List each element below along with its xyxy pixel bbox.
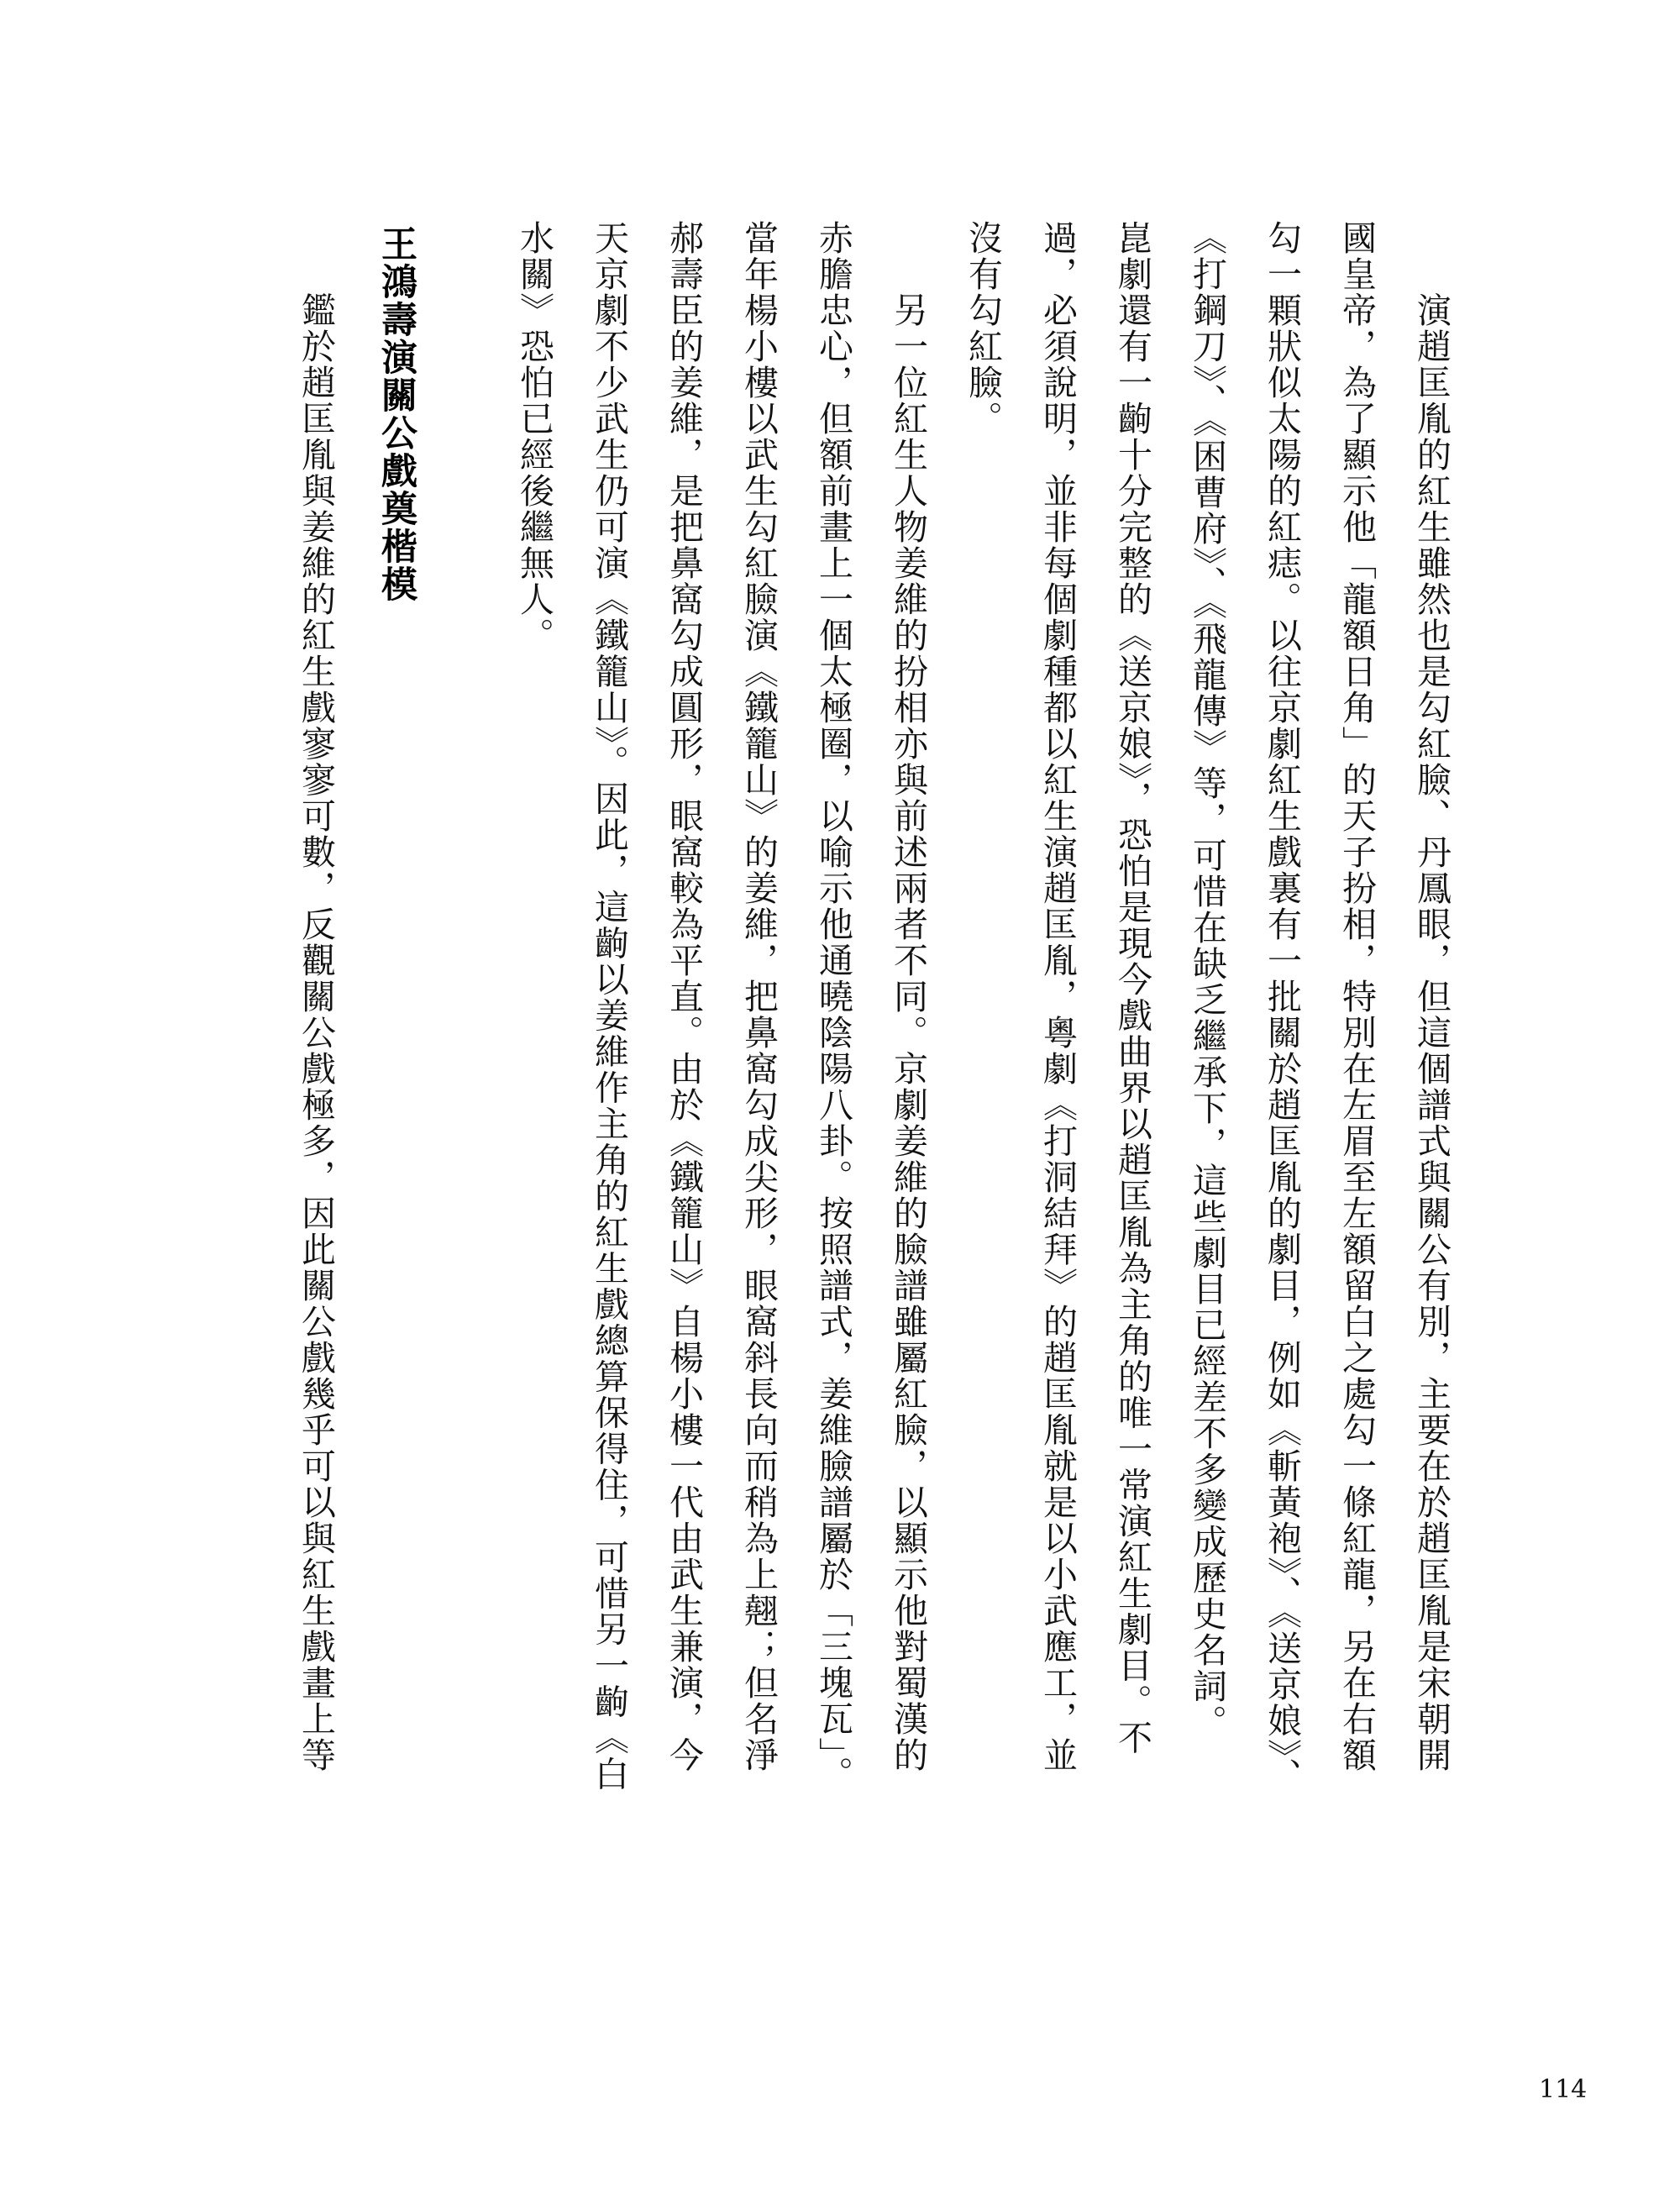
text-column-8: 另一位紅生人物姜維的扮相亦與前述兩者不同。京劇姜維的臉譜雖屬紅臉，以顯示他對蜀漢…: [888, 220, 927, 1773]
text-column-6: 過，必須說明，並非每個劇種都以紅生演趙匡胤，粵劇《打洞結拜》的趙匡胤就是以小武應…: [1037, 220, 1076, 1773]
text-column-14: 鑑於趙匡胤與姜維的紅生戲寥寥可數，反觀關公戲極多，因此關公戲幾乎可以與紅生戲畫上…: [296, 220, 334, 1773]
page-number: 114: [1539, 2075, 1587, 2104]
text-column-1: 演趙匡胤的紅生雖然也是勾紅臉、丹鳳眼，但這個譜式與關公有別，主要在於趙匡胤是宋朝…: [1411, 220, 1450, 1773]
text-column-7: 沒有勾紅臉。: [963, 220, 1001, 437]
text-column-3: 勾一顆狀似太陽的紅痣。以往京劇紅生戲裏有一批關於趙匡胤的劇目，例如《斬黃袍》、《…: [1262, 220, 1300, 1794]
text-column-4: 《打鋼刀》、《困曹府》、《飛龍傳》等，可惜在缺乏繼承下，這些劇目已經差不多變成歷…: [1187, 220, 1226, 1740]
text-column-2: 國皇帝，為了顯示他「龍額日角」的天子扮相，特別在左眉至左額留白之處勾一條紅龍，另…: [1336, 220, 1375, 1773]
section-heading: 王鴻壽演關公戲奠楷模: [376, 225, 415, 603]
text-column-11: 郝壽臣的姜維，是把鼻窩勾成圓形，眼窩較為平直。由於《鐵籠山》自楊小樓一代由武生兼…: [664, 220, 702, 1773]
text-column-13: 水關》恐怕已經後繼無人。: [514, 220, 553, 654]
text-column-9: 赤膽忠心，但額前畫上一個太極圈，以喻示他通曉陰陽八卦。按照譜式，姜維臉譜屬於「三…: [813, 220, 852, 1793]
text-column-5: 崑劇還有一齣十分完整的《送京娘》，恐怕是現今戲曲界以趙匡胤為主角的唯一常演紅生劇…: [1112, 220, 1151, 1756]
text-column-10: 當年楊小樓以武生勾紅臉演《鐵籠山》的姜維，把鼻窩勾成尖形，眼窩斜長向而稍為上翹；…: [738, 220, 777, 1773]
book-page: 演趙匡胤的紅生雖然也是勾紅臉、丹鳳眼，但這個譜式與關公有別，主要在於趙匡胤是宋朝…: [0, 0, 1680, 2205]
text-column-12: 天京劇不少武生仍可演《鐵籠山》。因此，這齣以姜維作主角的紅生戲總算保得住，可惜另…: [589, 220, 627, 1793]
